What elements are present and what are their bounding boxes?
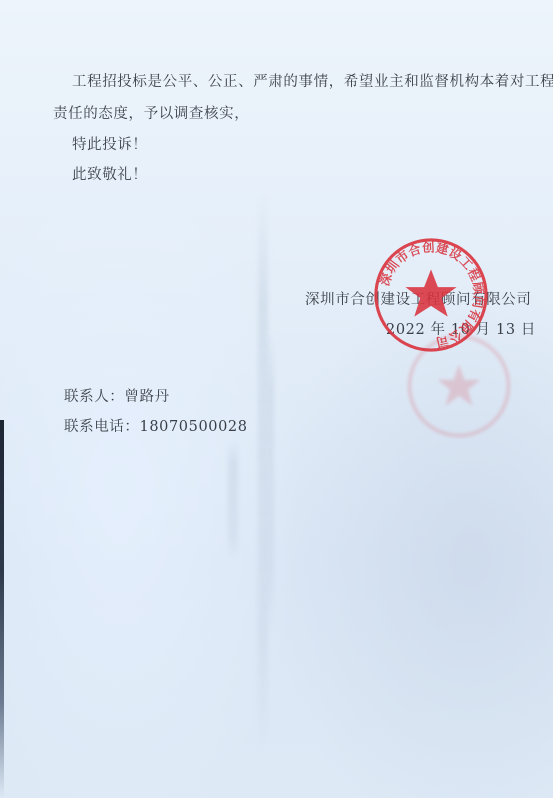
contact-phone-number: 18070500028	[140, 419, 248, 435]
contact-phone-label: 联系电话：	[64, 419, 140, 435]
contact-person-name: 曾路丹	[124, 389, 169, 405]
paper-bleed-through	[268, 330, 274, 630]
company-seal-icon: 深圳市合创建设工程顾问有限公司	[372, 236, 490, 354]
paper-bleed-through	[228, 440, 238, 560]
body-paragraph-line-2: 责任的态度，予以调查核实，	[53, 102, 249, 123]
page-left-edge-shadow	[0, 420, 4, 798]
contact-person: 联系人：曾路丹	[64, 385, 170, 406]
closing-salute: 此致敬礼！	[72, 163, 148, 184]
paper-bleed-through	[258, 190, 268, 750]
closing-complaint: 特此投诉！	[72, 133, 148, 154]
contact-person-label: 联系人：	[64, 389, 124, 405]
contact-phone: 联系电话：18070500028	[64, 415, 248, 436]
body-paragraph-line-1: 工程招投标是公平、公正、严肃的事情，希望业主和监督机构本着对工程负	[72, 70, 553, 91]
star-icon	[405, 269, 456, 316]
